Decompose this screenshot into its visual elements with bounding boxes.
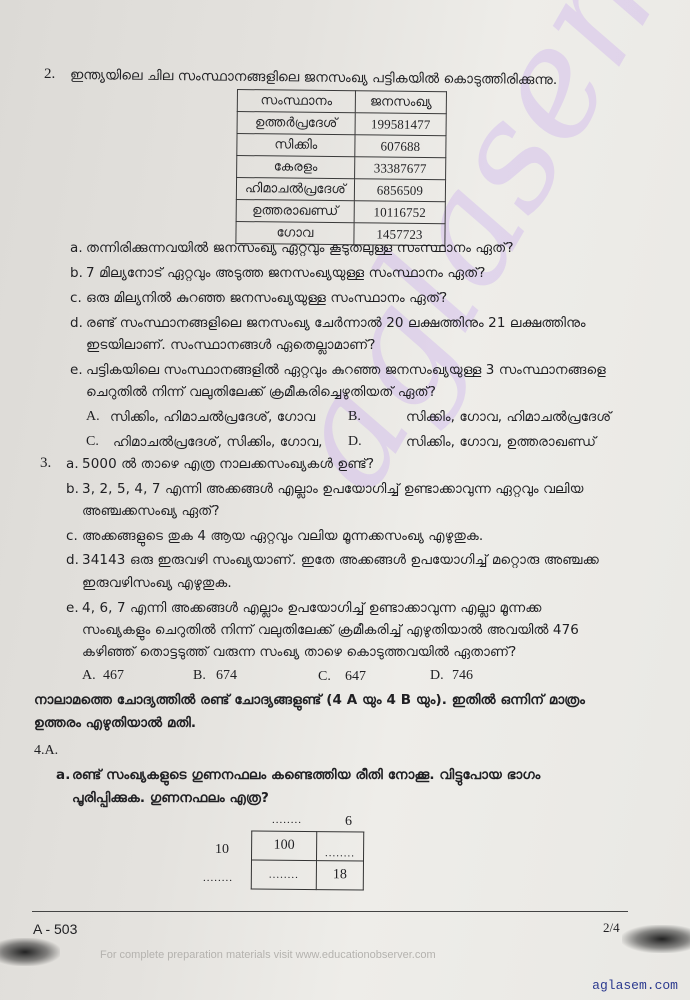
table-row: ഹിമാചൽപ്രദേശ് 6856509: [236, 178, 445, 202]
table-row: ഉത്തർപ്രദേശ് 199581477: [237, 112, 446, 136]
q2e-text-line1: പട്ടികയിലെ സംസ്ഥാനങ്ങളിൽ ഏറ്റവും കുറഞ്ഞ …: [86, 362, 606, 378]
population-cell: 6856509: [354, 179, 445, 202]
q2a-label: a.: [70, 240, 83, 256]
table-row: ഉത്തരാഖണ്ഡ് 10116752: [236, 199, 445, 223]
q4a-text-line2: പൂരിപ്പിക്കുക. ഗുണനഫലം എത്ര?: [72, 790, 269, 806]
state-cell: ഹിമാചൽപ്രദേശ്: [236, 178, 354, 201]
column-header-population: ജനസംഖ്യ: [355, 91, 446, 114]
question-number: 2.: [44, 66, 55, 83]
q3c-text: അക്കങ്ങളുടെ തുക 4 ആയ ഏറ്റവും വലിയ മൂന്നക…: [82, 528, 483, 544]
instruction-line2: ഉത്തരം എഴുതിയാൽ മതി.: [34, 715, 196, 731]
option-text: സിക്കിം, ഗോവ, ഹിമാചൽപ്രദേശ്: [406, 409, 611, 425]
q3b-text-line1: 3, 2, 5, 4, 7 എന്നി അക്കങ്ങൾ എല്ലാം ഉപയോ…: [82, 481, 584, 497]
grid-cell-blank: ........: [251, 860, 316, 890]
population-table: സംസ്ഥാനം ജനസംഖ്യ ഉത്തർപ്രദേശ് 199581477 …: [235, 89, 447, 246]
state-cell: ഉത്തരാഖണ്ഡ്: [236, 199, 354, 222]
q3e-text-line3: കഴിഞ്ഞ് തൊട്ടടുത്ത് വരുന്ന സംഖ്യ താഴെ കൊ…: [82, 644, 516, 660]
grid-row-header: 10: [215, 842, 229, 858]
footer-divider: [32, 911, 628, 912]
state-cell: കേരളം: [237, 156, 355, 179]
table-header-row: സംസ്ഥാനം ജനസംഖ്യ: [237, 90, 446, 114]
grid-cell-blank: ........: [316, 832, 363, 861]
q2b-text: 7 മില്യനോട് ഏറ്റവും അടുത്ത ജനസംഖ്യയുള്ള …: [86, 265, 486, 281]
q2b-label: b.: [70, 265, 83, 281]
site-watermark: aglasem.com: [592, 978, 678, 993]
q3d-label: d.: [66, 552, 79, 568]
grid-cell: 18: [316, 861, 363, 890]
option-key: C.: [318, 669, 331, 685]
option-key: A.: [82, 668, 96, 684]
q2d-text-line1: രണ്ട് സംസ്ഥാനങ്ങളിലെ ജനസംഖ്യ ചേർന്നാൽ 20…: [86, 315, 586, 331]
table-row: സിക്കിം 607688: [237, 134, 446, 158]
option-key: D.: [348, 434, 362, 450]
q3d-text-line2: ഇരുവഴിസംഖ്യ എഴുതുക.: [82, 575, 232, 591]
option-text: 647: [345, 669, 366, 685]
population-cell: 33387677: [355, 157, 446, 180]
q2e-text-line2: ചെറുതിൽ നിന്ന് വലുതിലേക്ക് ക്രമീകരിച്ചെഴ…: [86, 384, 436, 400]
option-key: B.: [348, 409, 361, 425]
q3e-text-line2: സംഖ്യകളും ചെറുതിൽ നിന്ന് വലുതിലേക്ക് ക്ര…: [82, 622, 579, 638]
q3e-text-line1: 4, 6, 7 എന്നി അക്കങ്ങൾ എല്ലാം ഉപയോഗിച്ച്…: [82, 600, 541, 616]
column-header-state: സംസ്ഥാനം: [237, 90, 355, 113]
grid-col-header: 6: [345, 814, 352, 830]
question-number: 3.: [40, 455, 51, 472]
ink-smudge: [0, 938, 60, 966]
state-cell: സിക്കിം: [237, 134, 355, 157]
q2c-label: c.: [70, 290, 82, 306]
q2d-text-line2: ഇടയിലാണ്. സംസ്ഥാനങ്ങൾ ഏതെല്ലാമാണ്?: [86, 337, 376, 353]
q2d-label: d.: [70, 315, 83, 331]
option-key: B.: [193, 668, 206, 684]
population-cell: 10116752: [354, 201, 445, 224]
page-number: 2/4: [603, 920, 620, 936]
q3a-label: a.: [66, 456, 79, 472]
option-key: C.: [86, 434, 99, 450]
grid-row-header-blank: ........: [203, 872, 233, 884]
exam-page: aglasem 2. ഇന്ത്യയിലെ ചില സംസ്ഥാനങ്ങളിലെ…: [0, 0, 690, 1000]
option-key: A.: [86, 409, 100, 425]
promo-footer-text: For complete preparation materials visit…: [100, 949, 436, 961]
option-text: 467: [103, 668, 124, 684]
question-number: 4.A.: [34, 743, 58, 759]
q3e-label: e.: [66, 600, 79, 616]
population-cell: 607688: [355, 135, 446, 158]
option-text: സിക്കിം, ഗോവ, ഉത്തരാഖണ്ഡ്: [406, 434, 596, 450]
q3b-text-line2: അഞ്ചക്കസംഖ്യ ഏത്?: [82, 503, 220, 519]
q3b-label: b.: [66, 481, 79, 497]
state-cell: ഉത്തർപ്രദേശ്: [237, 112, 355, 135]
ink-smudge: [622, 925, 690, 953]
q2c-text: ഒരു മില്യനിൽ കുറഞ്ഞ ജനസംഖ്യയുള്ള സംസ്ഥാന…: [86, 290, 447, 306]
multiplication-grid: 100 ........ ........ 18: [251, 831, 365, 891]
grid-cell: 100: [252, 831, 317, 861]
population-cell: 199581477: [355, 113, 446, 136]
q3a-text: 5000 ൽ താഴെ എത്ര നാലക്കസംഖ്യകൾ ഉണ്ട്?: [82, 456, 374, 472]
q3c-label: c.: [66, 528, 78, 544]
option-key: D.: [430, 668, 444, 684]
q2a-text: തന്നിരിക്കുന്നവയിൽ ജനസംഖ്യ ഏറ്റവും കൂടുത…: [86, 240, 514, 256]
option-text: 746: [452, 668, 473, 684]
table-row: കേരളം 33387677: [237, 156, 446, 180]
q2e-label: e.: [70, 362, 83, 378]
paper-code: A - 503: [33, 921, 77, 937]
grid-col-header-blank: ........: [272, 814, 302, 826]
question-prompt: ഇന്ത്യയിലെ ചില സംസ്ഥാനങ്ങളിലെ ജനസംഖ്യ പട…: [70, 67, 557, 88]
q3d-text-line1: 34143 ഒരു ഇരുവഴി സംഖ്യയാണ്. ഇതേ അക്കങ്ങൾ…: [82, 552, 599, 568]
option-text: 674: [216, 668, 237, 684]
instruction-line1: നാലാമത്തെ ചോദ്യത്തിൽ രണ്ട് ചോദ്യങ്ങളുണ്ട…: [34, 692, 585, 708]
option-text: ഹിമാചൽപ്രദേശ്, സിക്കിം, ഗോവ,: [113, 434, 323, 450]
q4a-label: a.: [56, 767, 70, 783]
option-text: സിക്കിം, ഹിമാചൽപ്രദേശ്, ഗോവ: [110, 409, 315, 425]
q4a-text-line1: രണ്ട് സംഖ്യകളുടെ ഗുണനഫലം കണ്ടെത്തിയ രീതി…: [72, 767, 540, 783]
